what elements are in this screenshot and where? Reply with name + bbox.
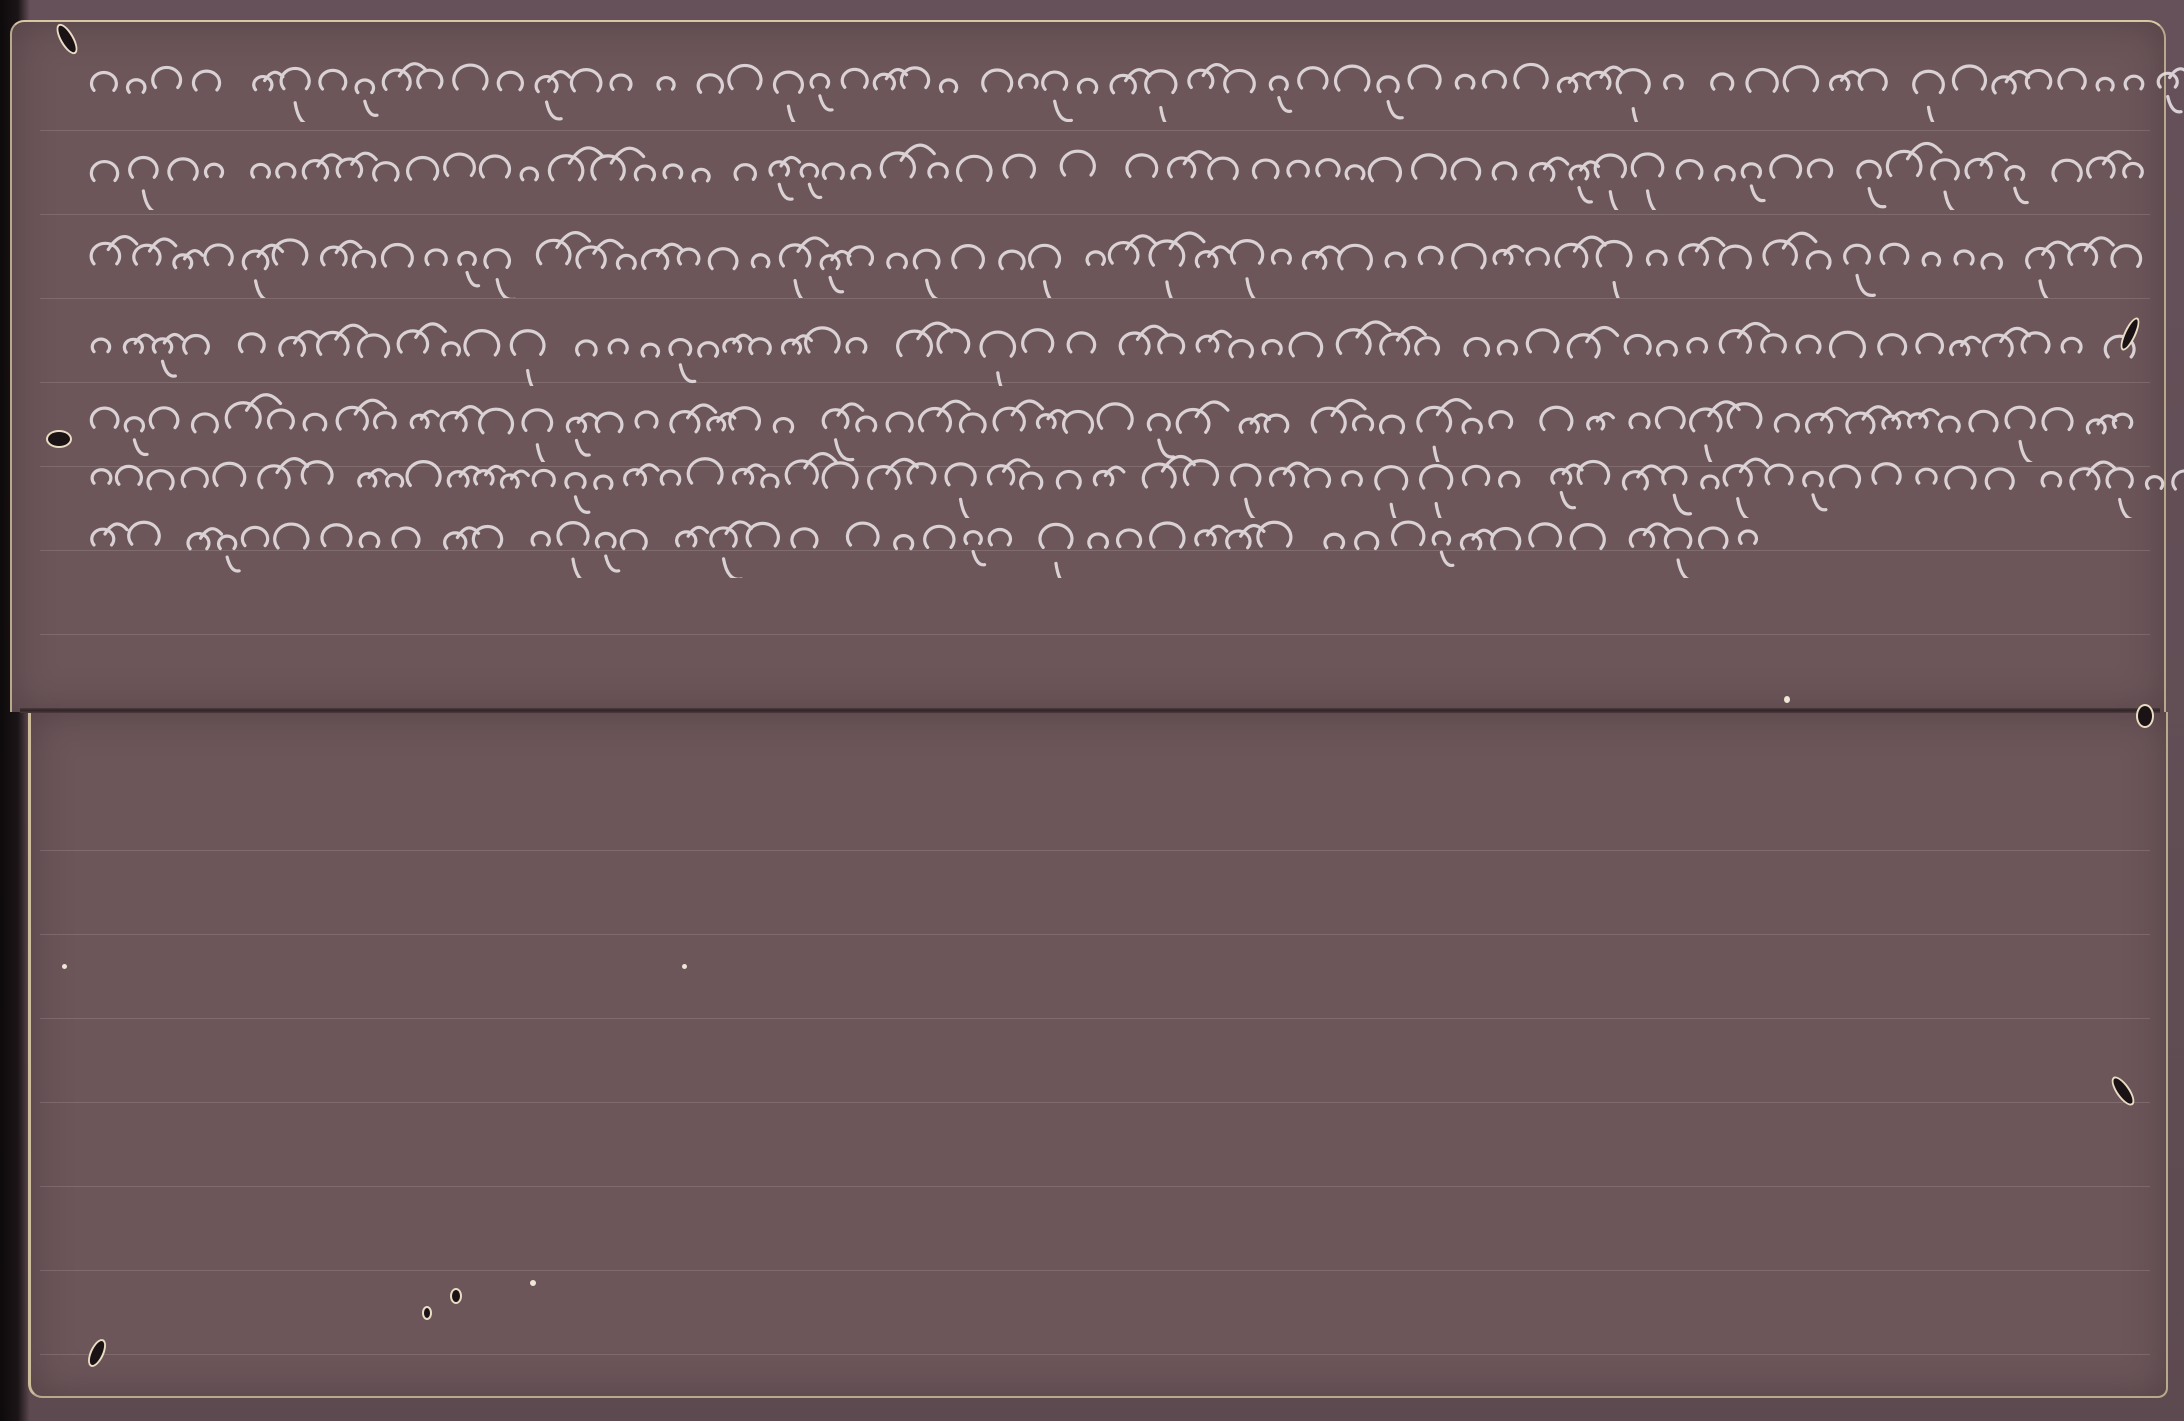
ruled-line: [40, 1102, 2150, 1103]
ruled-line: [40, 850, 2150, 851]
ruled-line: [40, 934, 2150, 935]
script-line: [88, 508, 1768, 578]
manuscript-bottom-panel: [28, 712, 2168, 1398]
fold-crease: [20, 708, 2160, 713]
ruled-line: [40, 634, 2150, 635]
script-strokes: [88, 316, 2148, 386]
ruled-line: [40, 1354, 2150, 1355]
script-strokes: [88, 140, 2148, 210]
script-line: [88, 140, 2148, 210]
paper-speck: [62, 964, 67, 969]
script-line: [88, 316, 2148, 386]
ruled-line: [40, 130, 2150, 131]
paper-speck: [682, 964, 687, 969]
ruled-line: [40, 1186, 2150, 1187]
ruled-line: [40, 298, 2150, 299]
ruled-line: [40, 1270, 2150, 1271]
damage-hole: [48, 432, 70, 446]
damage-hole: [2138, 706, 2152, 726]
damage-hole: [452, 1290, 460, 1302]
script-strokes: [88, 52, 2184, 122]
script-strokes: [88, 508, 1768, 578]
damage-hole: [424, 1308, 430, 1318]
script-line: [88, 228, 2168, 298]
script-line: [88, 52, 2184, 122]
ruled-line: [40, 1018, 2150, 1019]
paper-speck: [1784, 696, 1790, 703]
paper-speck: [530, 1280, 536, 1286]
script-strokes: [88, 228, 2168, 298]
ruled-line: [40, 214, 2150, 215]
